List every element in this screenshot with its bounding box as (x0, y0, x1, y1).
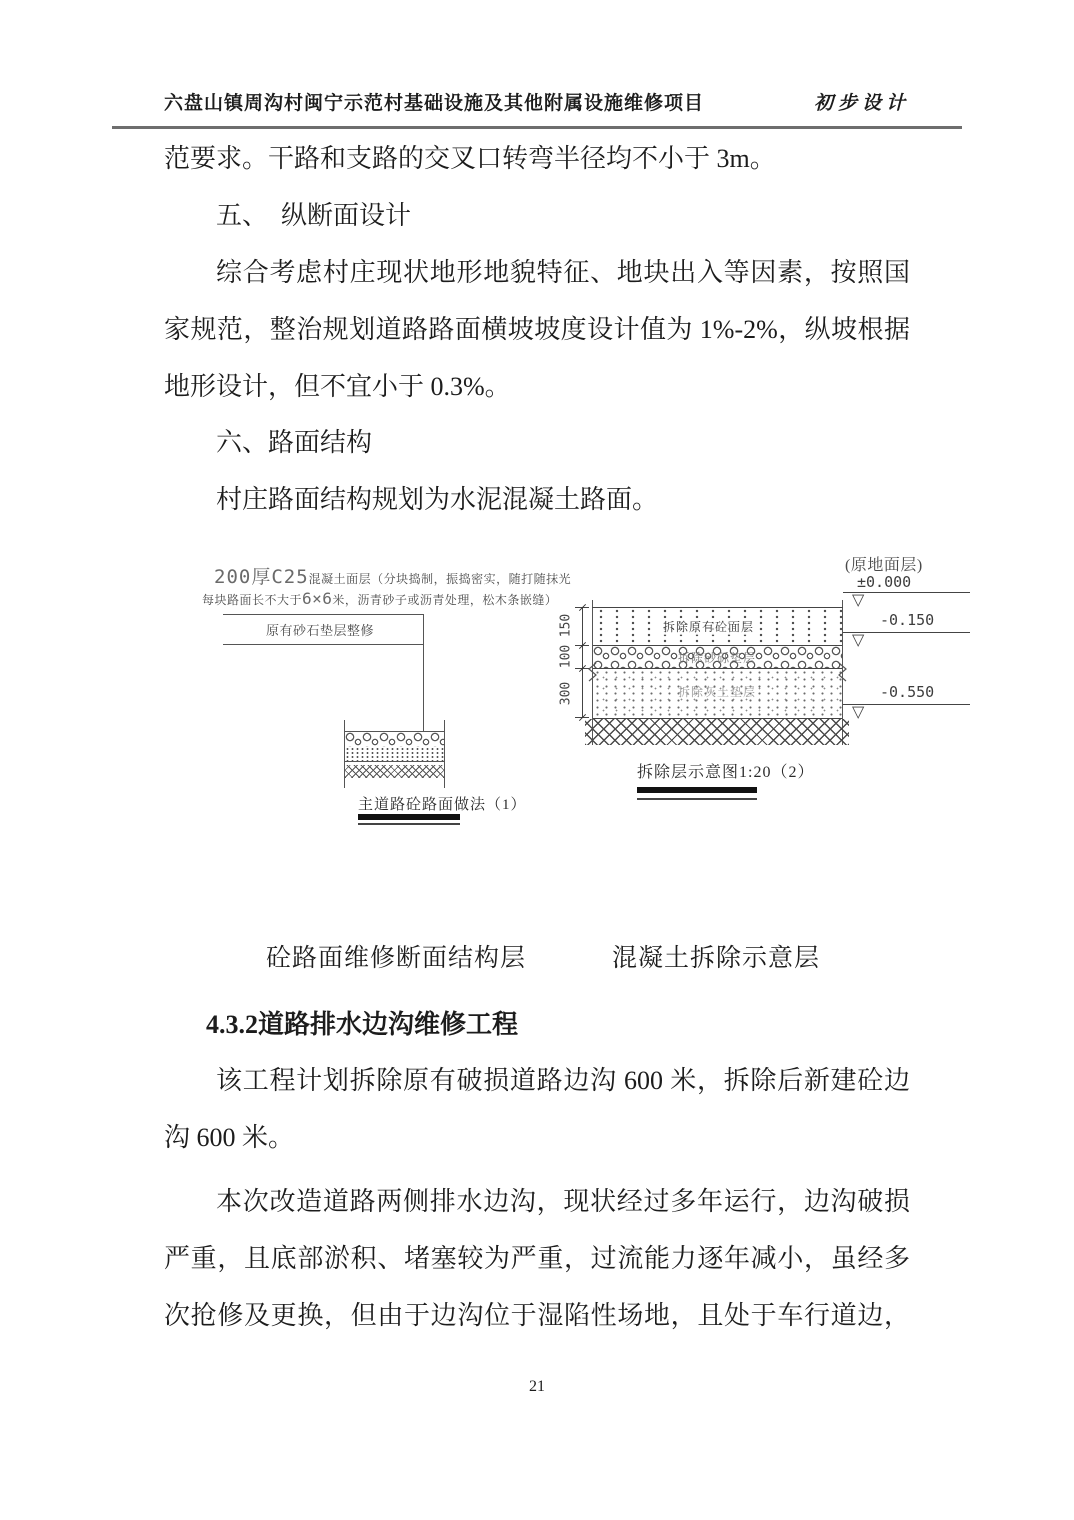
base-layer-label: 原有砂石垫层整修 (266, 620, 374, 639)
figure-caption-left: 主道路砼路面做法（1） (358, 793, 527, 814)
body-line: 综合考虑村庄现状地形地貌特征、地块出入等因素，按照国 (164, 256, 910, 290)
body-line: 本次改造道路两侧排水边沟，现状经过多年运行，边沟破损 (164, 1185, 910, 1219)
leader-line-bottom (223, 644, 423, 645)
pavement-note-line1: 200厚C25混凝土面层（分块捣制，振捣密实，随打随抹光 (214, 562, 571, 589)
body-line: 范要求。干路和支路的交叉口转弯半径均不小于 3m。 (164, 142, 910, 176)
demo-layer-concrete-label: 拆除原有砼面层 (661, 618, 756, 635)
demo-layer-soil: 拆除灰土垫层 (593, 669, 842, 719)
elevation-0550: -0.550 (880, 683, 934, 701)
body-line: 沟 600 米。 (164, 1121, 910, 1155)
dimension-line (582, 607, 583, 718)
elevation-triangle-icon: ▽ (852, 593, 864, 609)
page-number: 21 (0, 1378, 1074, 1396)
body-line: 家规范，整治规划道路路面横坡坡度设计值为 1%-2%，纵坡根据 (164, 313, 910, 347)
sand-gravel-layer-pattern (345, 747, 444, 762)
demo-layer-soil-label: 拆除灰土垫层 (678, 683, 756, 700)
document-page: 六盘山镇周沟村闽宁示范村基础设施及其他附属设施维修项目 初步设计 范要求。干路和… (0, 0, 1074, 1520)
demo-layer-gravel-label: 拆除砂砾垫层 (678, 649, 756, 666)
pavement-note-line2: 每块路面长不大于6×6米，沥青砂子或沥青处理，松木条嵌缝） (202, 589, 557, 608)
subgrade-hatch-pattern (345, 765, 444, 778)
body-line: 村庄路面结构规划为水泥混凝土路面。 (164, 483, 910, 517)
body-line-heading-6: 六、路面结构 (164, 426, 910, 460)
demo-layer-gravel: 拆除砂砾垫层 (593, 646, 842, 669)
pavement-note-thickness: 200厚C25 (214, 566, 309, 588)
caption-bar-left (358, 814, 460, 820)
caption-underline-right (637, 798, 757, 800)
section-heading-4-3-2: 4.3.2道路排水边沟维修工程 (206, 1004, 518, 1041)
demo-layer-concrete: 拆除原有砼面层 (593, 608, 842, 646)
body-line: 严重，且底部淤积、堵塞较为严重，过流能力逐年减小，虽经多 (164, 1242, 910, 1276)
elevation-triangle-icon: ▽ (852, 633, 864, 649)
pavement-note-slab-size: 6×6 (302, 589, 332, 608)
undisturbed-ground-hatch (585, 719, 849, 745)
leader-line-vertical (423, 614, 424, 732)
figure-title-demolition-layer: 混凝土拆除示意层 (612, 938, 820, 974)
caption-bar-right (637, 787, 757, 793)
body-line-heading-5: 五、 纵断面设计 (164, 199, 910, 233)
break-mark-icon (837, 663, 848, 683)
body-line: 该工程计划拆除原有破损道路边沟 600 米，拆除后新建砼边 (164, 1064, 910, 1098)
body-line: 地形设计，但不宜小于 0.3%。 (164, 370, 910, 404)
break-mark-icon (587, 663, 598, 683)
header-project-title: 六盘山镇周沟村闽宁示范村基础设施及其他附属设施维修项目 (164, 88, 704, 115)
leader-line-top (223, 614, 423, 615)
elevation-triangle-icon: ▽ (852, 705, 864, 721)
header-doc-type: 初步设计 (814, 88, 910, 115)
header-rule (112, 126, 962, 129)
elevation-0150: -0.150 (880, 611, 934, 629)
dimension-value-300: 300 (559, 672, 574, 716)
original-ground-label: (原地面层) (845, 552, 923, 575)
caption-underline-left (358, 823, 460, 825)
elevation-0000: ±0.000 (857, 573, 911, 591)
figure-title-structure-layer: 砼路面维修断面结构层 (266, 938, 526, 974)
concrete-surface-layer-pattern (345, 732, 444, 747)
figure-caption-right: 拆除层示意图1:20（2） (637, 759, 814, 782)
body-line: 次抢修及更换，但由于边沟位于湿陷性场地，且处于车行道边， (164, 1299, 910, 1333)
